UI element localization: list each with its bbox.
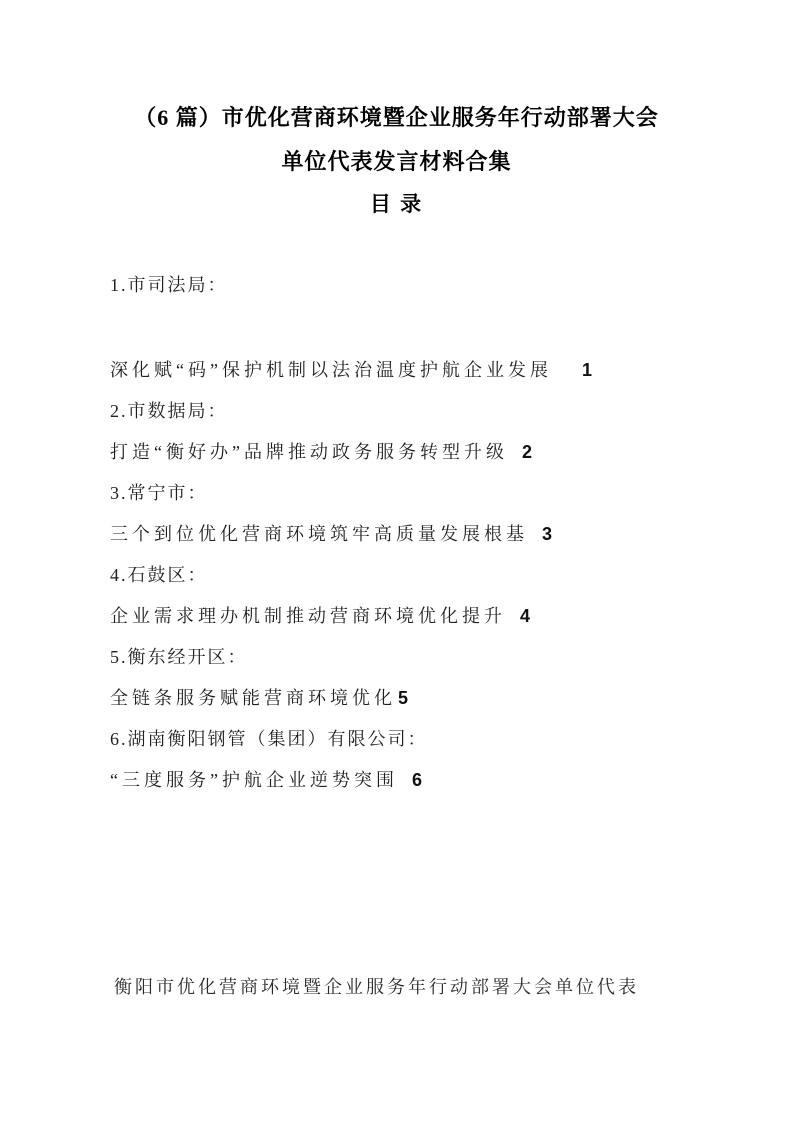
toc-entry-title: “三度服务”护航企业逆势突围 [110,770,398,790]
toc-entry-title: 打造“衡好办”品牌推动政务服务转型升级 [110,442,508,462]
toc-org-line: 6.湖南衡阳钢管（集团）有限公司： [110,719,690,760]
toc-heading: 目 录 [0,184,793,225]
toc-entry-line: 打造“衡好办”品牌推动政务服务转型升级2 [110,432,690,473]
toc-entry-line: 三个到位优化营商环境筑牢高质量发展根基3 [110,514,690,555]
toc-entry-title: 深化赋“码”保护机制以法治温度护航企业发展 [110,360,552,380]
footer-text: 衡阳市优化营商环境暨企业服务年行动部署大会单位代表 [114,973,639,999]
toc-page-number: 3 [542,524,552,544]
toc-entry-line: “三度服务”护航企业逆势突围6 [110,760,690,801]
toc-page-number: 2 [522,442,532,462]
toc-entry-title: 全链条服务赋能营商环境优化 [110,688,396,708]
blank-line [0,225,793,265]
blank-line [110,306,690,350]
toc-org-line: 4.石鼓区： [110,555,690,596]
toc-entry-title: 三个到位优化营商环境筑牢高质量发展根基 [110,524,528,544]
toc-page-number: 4 [520,606,530,626]
document-page: （6 篇）市优化营商环境暨企业服务年行动部署大会 单位代表发言材料合集 目 录 … [0,0,793,1122]
toc-org-line: 2.市数据局： [110,391,690,432]
document-title: （6 篇）市优化营商环境暨企业服务年行动部署大会 单位代表发言材料合集 [0,0,793,184]
toc-entry-line: 企业需求理办机制推动营商环境优化提升4 [110,596,690,637]
document-title-line-1: （6 篇）市优化营商环境暨企业服务年行动部署大会 [0,96,793,140]
toc-org-line: 5.衡东经开区： [110,637,690,678]
toc-page-number: 1 [582,360,592,380]
document-title-line-2: 单位代表发言材料合集 [0,140,793,184]
toc-page-number: 5 [398,688,408,708]
toc-page-number: 6 [412,770,422,790]
toc-org-line: 3.常宁市： [110,473,690,514]
toc-entry-line: 全链条服务赋能营商环境优化5 [110,678,690,719]
table-of-contents: 1.市司法局：深化赋“码”保护机制以法治温度护航企业发展12.市数据局：打造“衡… [110,265,690,801]
toc-entry-title: 企业需求理办机制推动营商环境优化提升 [110,606,506,626]
toc-org-line: 1.市司法局： [110,265,690,306]
toc-entry-line: 深化赋“码”保护机制以法治温度护航企业发展1 [110,350,690,391]
